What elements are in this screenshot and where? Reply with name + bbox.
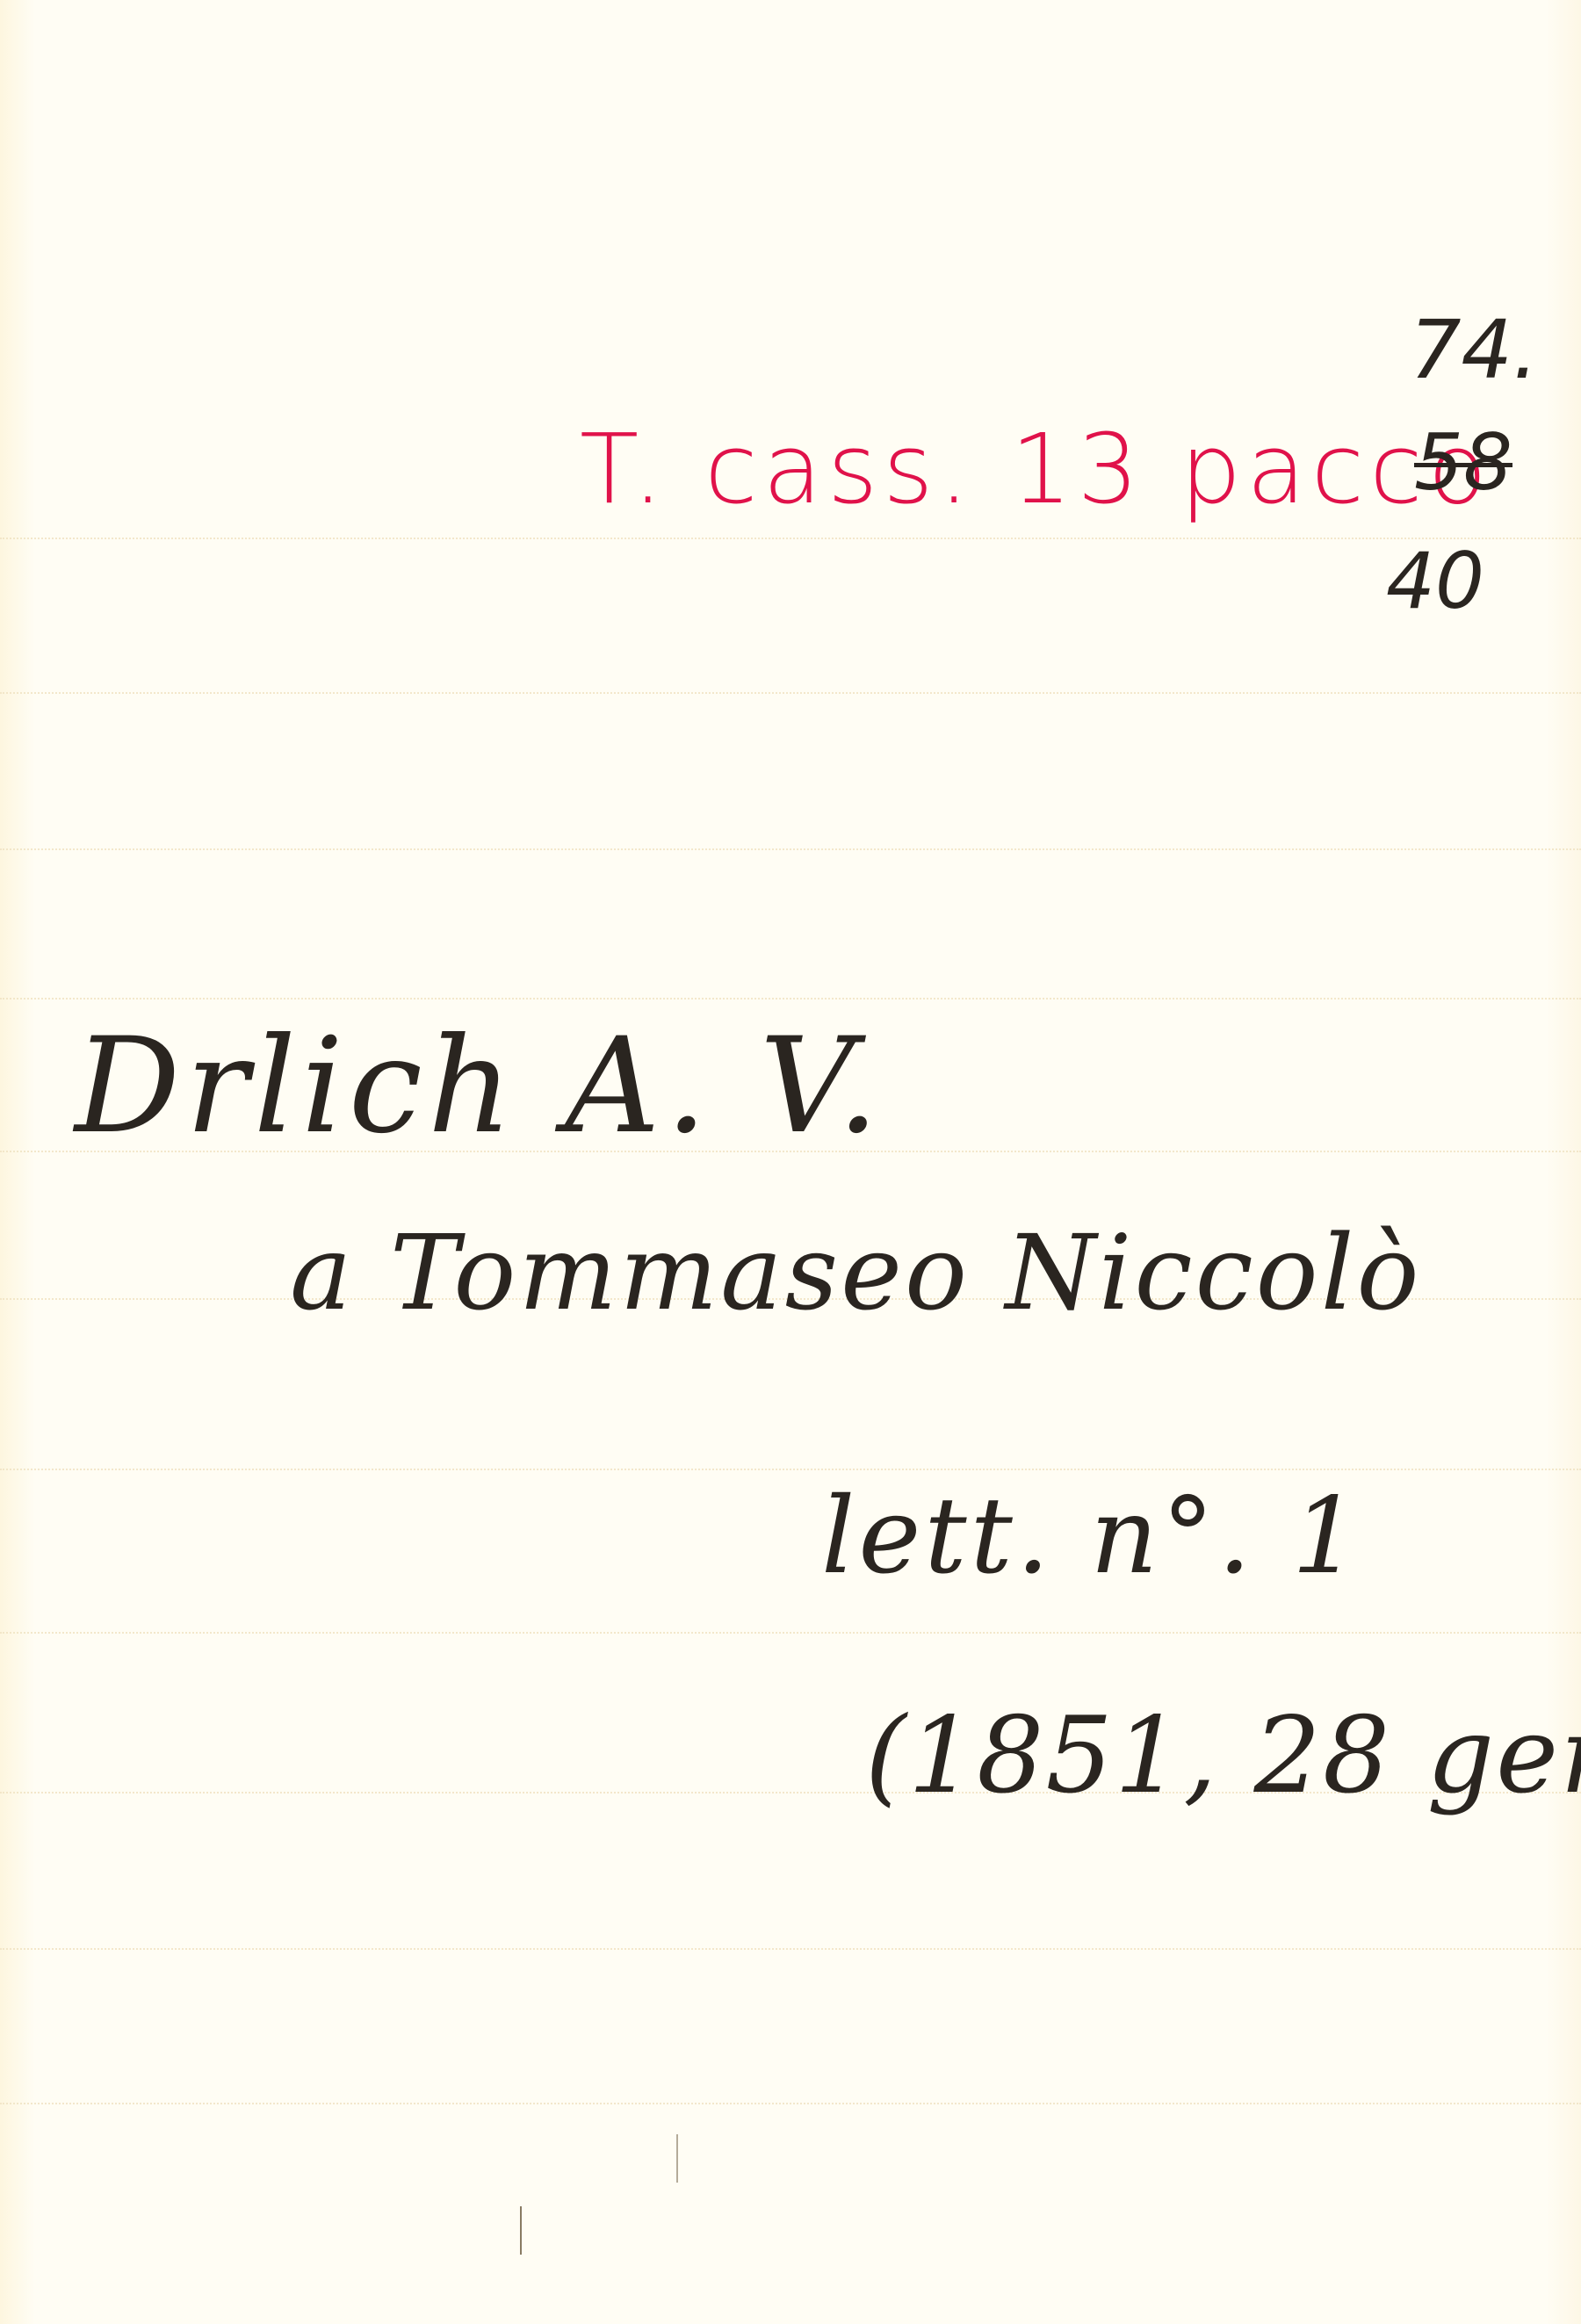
ruled-line: [0, 848, 1581, 850]
catalog-number-bottom: 40: [1386, 536, 1484, 626]
ruled-line: [0, 2103, 1581, 2104]
ruled-line: [0, 998, 1581, 1000]
catalog-number-top: 74.: [1410, 303, 1538, 397]
letter-number: lett. n°. 1: [821, 1476, 1362, 1598]
letter-date: (1851, 28 genn.): [865, 1695, 1581, 1817]
ruled-line: [0, 692, 1581, 694]
struck-number: 58: [1414, 417, 1512, 508]
recipient-name: a Tommaseo Niccolò: [290, 1212, 1422, 1333]
index-card: 74. T. cass. 13 pacco 58 40 Drlich A. V.…: [0, 0, 1581, 2324]
ruled-line: [0, 1632, 1581, 1634]
stray-mark: [520, 2206, 522, 2255]
ruled-line: [0, 538, 1581, 539]
ruled-line: [0, 1948, 1581, 1950]
ruled-line: [0, 1469, 1581, 1470]
shelfmark-red: T. cass. 13 pacco: [580, 413, 1492, 525]
stray-mark: [676, 2134, 678, 2183]
author-name: Drlich A. V.: [75, 1010, 884, 1163]
